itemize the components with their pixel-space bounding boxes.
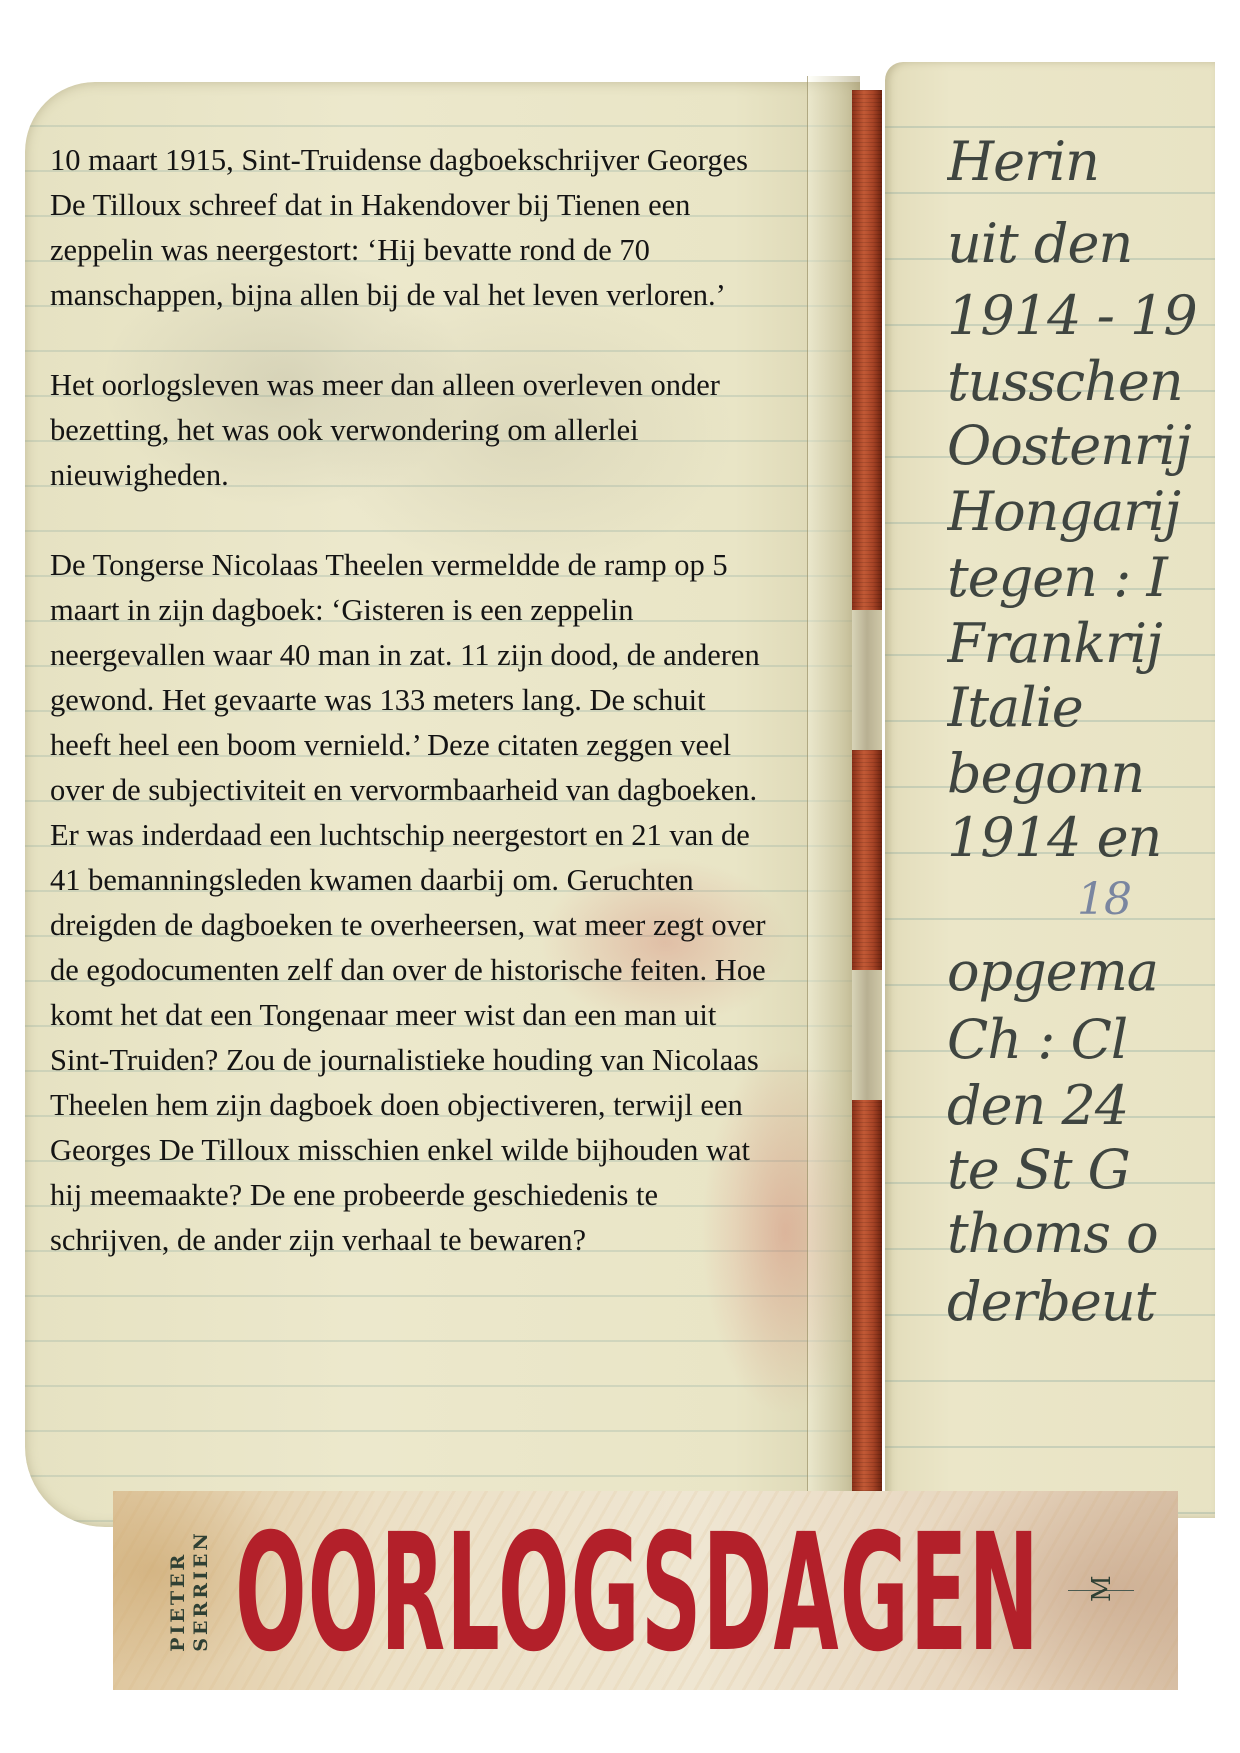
handwritten-line: tegen : I <box>947 546 1167 609</box>
diary-right-page: Herinuit den1914 - 19tusschenOostenrijHo… <box>885 62 1215 1518</box>
handwritten-line: den 24 <box>947 1074 1128 1137</box>
handwritten-line: tusschen <box>947 350 1183 413</box>
publisher-m-icon: M <box>1087 1578 1117 1602</box>
paragraph-diary-comparison: De Tongerse Nicolaas Theelen vermeldde d… <box>50 543 770 1263</box>
handwritten-line: begonn <box>947 742 1144 805</box>
worn-binding-patch <box>852 610 882 750</box>
publisher-logo: M <box>1068 1579 1148 1603</box>
handwritten-line: te St G <box>947 1138 1130 1201</box>
handwritten-line: 1914 en <box>947 806 1161 869</box>
handwritten-line: uit den <box>947 212 1132 275</box>
article-text: 10 maart 1915, Sint-Truidense dagboeksch… <box>50 138 770 1308</box>
worn-binding-patch <box>852 970 882 1100</box>
handwritten-line: thoms o <box>947 1202 1158 1265</box>
paragraph-zeppelin-crash: 10 maart 1915, Sint-Truidense dagboeksch… <box>50 138 770 318</box>
paragraph-war-life: Het oorlogsleven was meer dan alleen ove… <box>50 363 770 498</box>
handwritten-text: Herinuit den1914 - 19tusschenOostenrijHo… <box>947 62 1215 1518</box>
author-name: PIETER SERRIEN <box>155 1521 225 1661</box>
handwritten-line: Italie <box>947 676 1083 739</box>
handwritten-line: 1914 - 19 <box>947 284 1197 347</box>
handwritten-line: Herin <box>947 130 1099 193</box>
book-title: OORLOGSDAGEN <box>235 1525 1040 1663</box>
diary-spine-binding <box>852 90 882 1530</box>
author-first-name: PIETER <box>167 1530 190 1652</box>
handwritten-line: Ch : Cl <box>947 1008 1127 1071</box>
author-last-name: SERRIEN <box>190 1530 213 1652</box>
handwritten-line: Frankrij <box>947 612 1162 675</box>
handwritten-line: Oostenrij <box>947 414 1191 477</box>
handwritten-line: Hongarij <box>947 480 1180 543</box>
book-spine-banner: PIETER SERRIEN OORLOGSDAGEN M <box>113 1491 1178 1690</box>
handwritten-line: derbeut <box>947 1270 1155 1333</box>
handwritten-line: 18 <box>1077 874 1131 925</box>
handwritten-line: opgema <box>947 940 1158 1003</box>
